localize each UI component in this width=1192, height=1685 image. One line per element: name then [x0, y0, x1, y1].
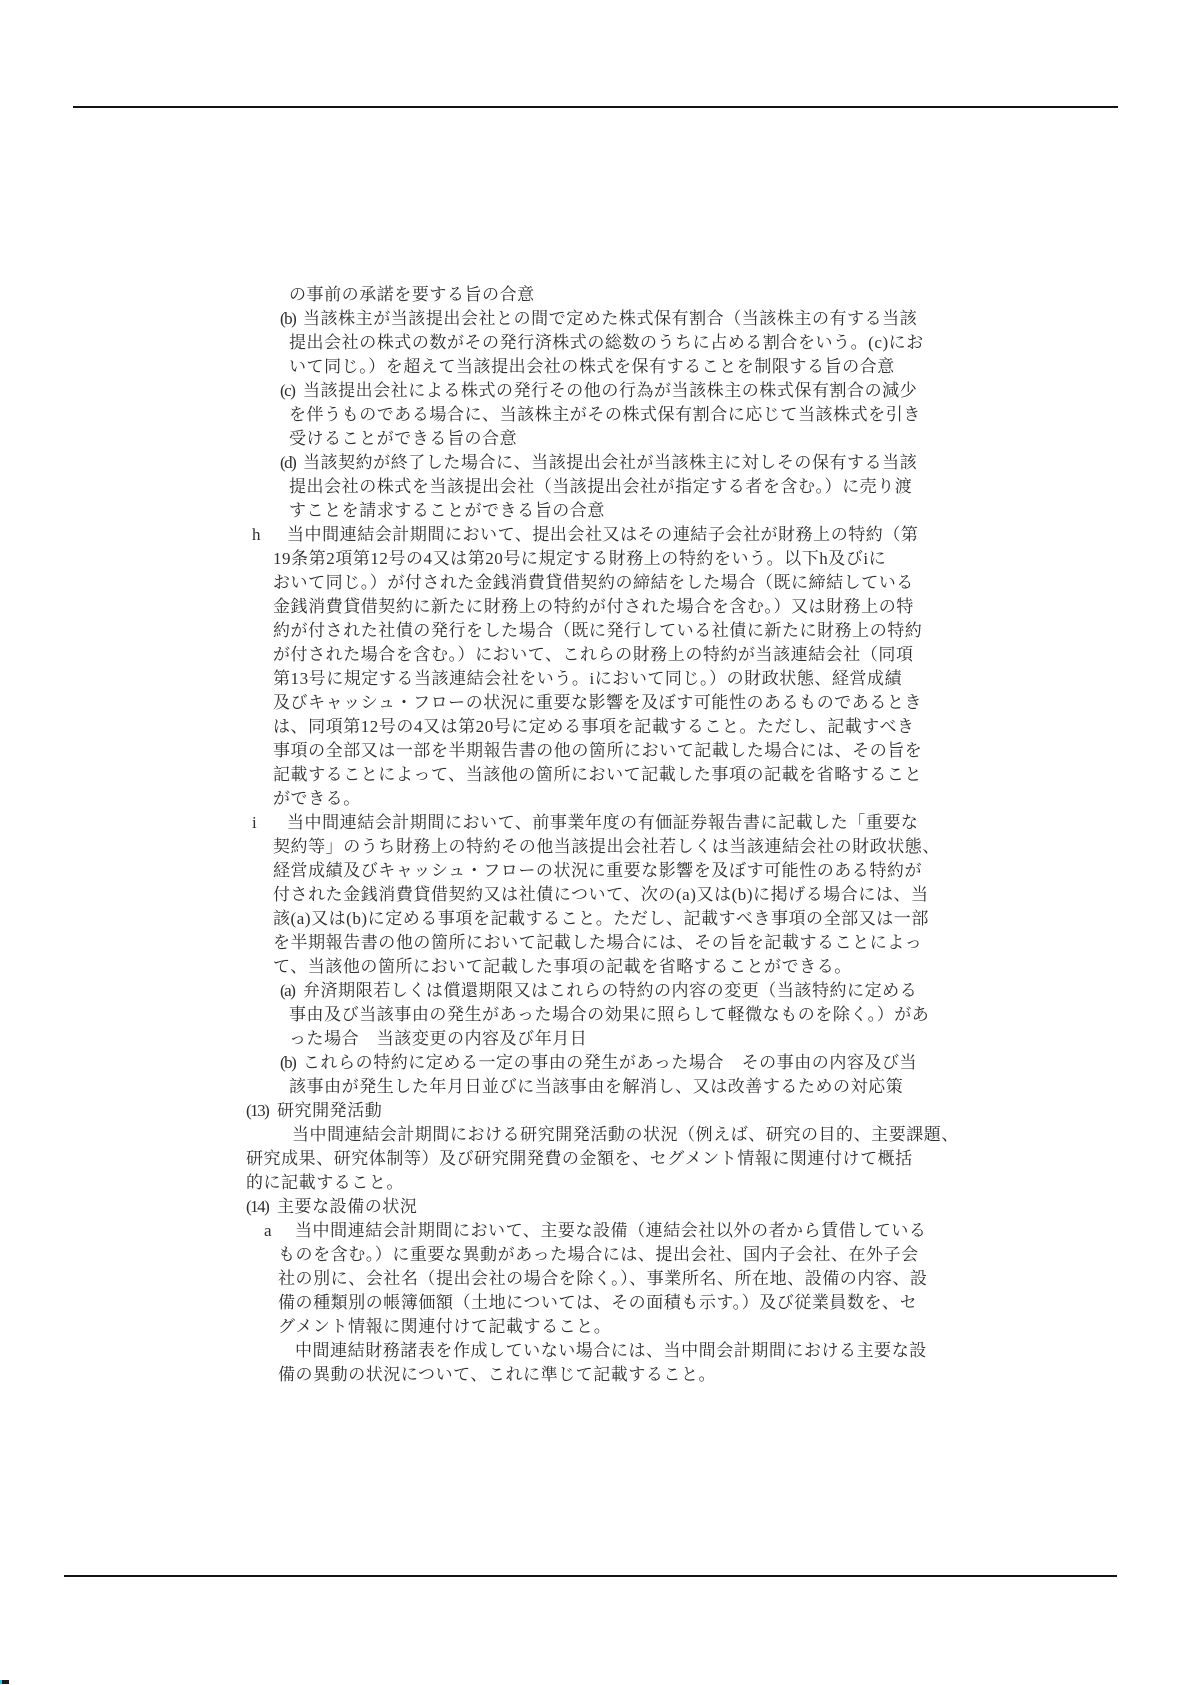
bottom-horizontal-rule [64, 1575, 1117, 1577]
text-line: 契約等」のうち財務上の特約その他当該提出会社若しくは当該連結会社の財政状態、 [0, 835, 1192, 859]
text-line: 19条第2項第12号の4又は第20号に規定する財務上の特約をいう。以下h及びiに [0, 547, 1192, 571]
text-line: 備の種類別の帳簿価額（土地については、その面積も示す。）及び従業員数を、セ [0, 1291, 1192, 1315]
body-text: の事前の承諾を要する旨の合意 (b)当該株主が当該提出会社との間で定めた株式保有… [0, 283, 1192, 1387]
list-marker: (b) [280, 1051, 303, 1075]
list-item-c: (c)当該提出会社による株式の発行その他の行為が当該株主の株式保有割合の減少 [0, 379, 1192, 403]
list-item-d: (d)当該契約が終了した場合に、当該提出会社が当該株主に対しその保有する当該 [0, 451, 1192, 475]
text-line: 当中間連結会計期間における研究開発活動の状況（例えば、研究の目的、主要課題、 [0, 1123, 1192, 1147]
text-line: ができる。 [0, 787, 1192, 811]
text-line: 中間連結財務諸表を作成していない場合には、当中間会計期間における主要な設 [0, 1339, 1192, 1363]
text-line: すことを請求することができる旨の合意 [0, 499, 1192, 523]
text-line: 付された金銭消費貸借契約又は社債について、次の(a)又は(b)に掲げる場合には、… [0, 883, 1192, 907]
text-line: 経営成績及びキャッシュ・フローの状況に重要な影響を及ぼす可能性のある特約が [0, 859, 1192, 883]
text-line: 該(a)又は(b)に定める事項を記載すること。ただし、記載すべき事項の全部又は一… [0, 907, 1192, 931]
text-line: 提出会社の株式の数がその発行済株式の総数のうちに占める割合をいう。(c)にお [0, 331, 1192, 355]
text-line: の事前の承諾を要する旨の合意 [0, 283, 1192, 307]
text-line: グメント情報に関連付けて記載すること。 [0, 1315, 1192, 1339]
text-line: ものを含む。）に重要な異動があった場合には、提出会社、国内子会社、在外子会 [0, 1243, 1192, 1267]
list-marker: a [264, 1219, 295, 1243]
text-line: 約が付された社債の発行をした場合（既に発行している社債に新たに財務上の特約 [0, 619, 1192, 643]
text-line: 記載することによって、当該他の箇所において記載した事項の記載を省略すること [0, 763, 1192, 787]
scan-artifact-mark [0, 1680, 9, 1684]
text-line: 事由及び当該事由の発生があった場合の効果に照らして軽微なものを除く。）があ [0, 1003, 1192, 1027]
list-item-a3: a当中間連結会計期間において、主要な設備（連結会社以外の者から賃借している [0, 1219, 1192, 1243]
text-line: 該事由が発生した年月日並びに当該事由を解消し、又は改善するための対応策 [0, 1075, 1192, 1099]
list-item-a2: (a)弁済期限若しくは償還期限又はこれらの特約の内容の変更（当該特約に定める [0, 979, 1192, 1003]
list-marker: h [252, 523, 287, 547]
top-horizontal-rule [73, 106, 1118, 108]
list-marker: (13) [246, 1099, 277, 1123]
list-item-b2: (b)これらの特約に定める一定の事由の発生があった場合 その事由の内容及び当 [0, 1051, 1192, 1075]
list-marker: (14) [246, 1195, 277, 1219]
list-marker: (d) [280, 451, 303, 475]
text-line: 及びキャッシュ・フローの状況に重要な影響を及ぼす可能性のあるものであるとき [0, 691, 1192, 715]
list-marker: (a) [280, 979, 303, 1003]
text-line: った場合 当該変更の内容及び年月日 [0, 1027, 1192, 1051]
list-marker: (c) [280, 379, 303, 403]
text-line: を伴うものである場合に、当該株主がその株式保有割合に応じて当該株式を引き [0, 403, 1192, 427]
text-line: 受けることができる旨の合意 [0, 427, 1192, 451]
list-marker: (b) [280, 307, 303, 331]
section-14-heading: (14)主要な設備の状況 [0, 1195, 1192, 1219]
list-marker: i [252, 811, 287, 835]
text-line: 第13号に規定する当該連結会社をいう。iにおいて同じ。）の財政状態、経営成績 [0, 667, 1192, 691]
document-page: の事前の承諾を要する旨の合意 (b)当該株主が当該提出会社との間で定めた株式保有… [0, 0, 1192, 1685]
text-line: が付された場合を含む。）において、これらの財務上の特約が当該連結会社（同項 [0, 643, 1192, 667]
text-line: 事項の全部又は一部を半期報告書の他の箇所において記載した場合には、その旨を [0, 739, 1192, 763]
text-line: おいて同じ。）が付された金銭消費貸借契約の締結をした場合（既に締結している [0, 571, 1192, 595]
text-line: は、同項第12号の4又は第20号に定める事項を記載すること。ただし、記載すべき [0, 715, 1192, 739]
text-line: 提出会社の株式を当該提出会社（当該提出会社が指定する者を含む。）に売り渡 [0, 475, 1192, 499]
section-13-heading: (13)研究開発活動 [0, 1099, 1192, 1123]
text-line: 社の別に、会社名（提出会社の場合を除く。）、事業所名、所在地、設備の内容、設 [0, 1267, 1192, 1291]
text-line: 的に記載すること。 [0, 1171, 1192, 1195]
list-item-h: h当中間連結会計期間において、提出会社又はその連結子会社が財務上の特約（第 [0, 523, 1192, 547]
text-line: いて同じ。）を超えて当該提出会社の株式を保有することを制限する旨の合意 [0, 355, 1192, 379]
text-line: 研究成果、研究体制等）及び研究開発費の金額を、セグメント情報に関連付けて概括 [0, 1147, 1192, 1171]
text-line: 備の異動の状況について、これに準じて記載すること。 [0, 1363, 1192, 1387]
text-line: て、当該他の箇所において記載した事項の記載を省略することができる。 [0, 955, 1192, 979]
list-item-b: (b)当該株主が当該提出会社との間で定めた株式保有割合（当該株主の有する当該 [0, 307, 1192, 331]
text-line: を半期報告書の他の箇所において記載した場合には、その旨を記載することによっ [0, 931, 1192, 955]
text-line: 金銭消費貸借契約に新たに財務上の特約が付された場合を含む。）又は財務上の特 [0, 595, 1192, 619]
list-item-i: i当中間連結会計期間において、前事業年度の有価証券報告書に記載した「重要な [0, 811, 1192, 835]
